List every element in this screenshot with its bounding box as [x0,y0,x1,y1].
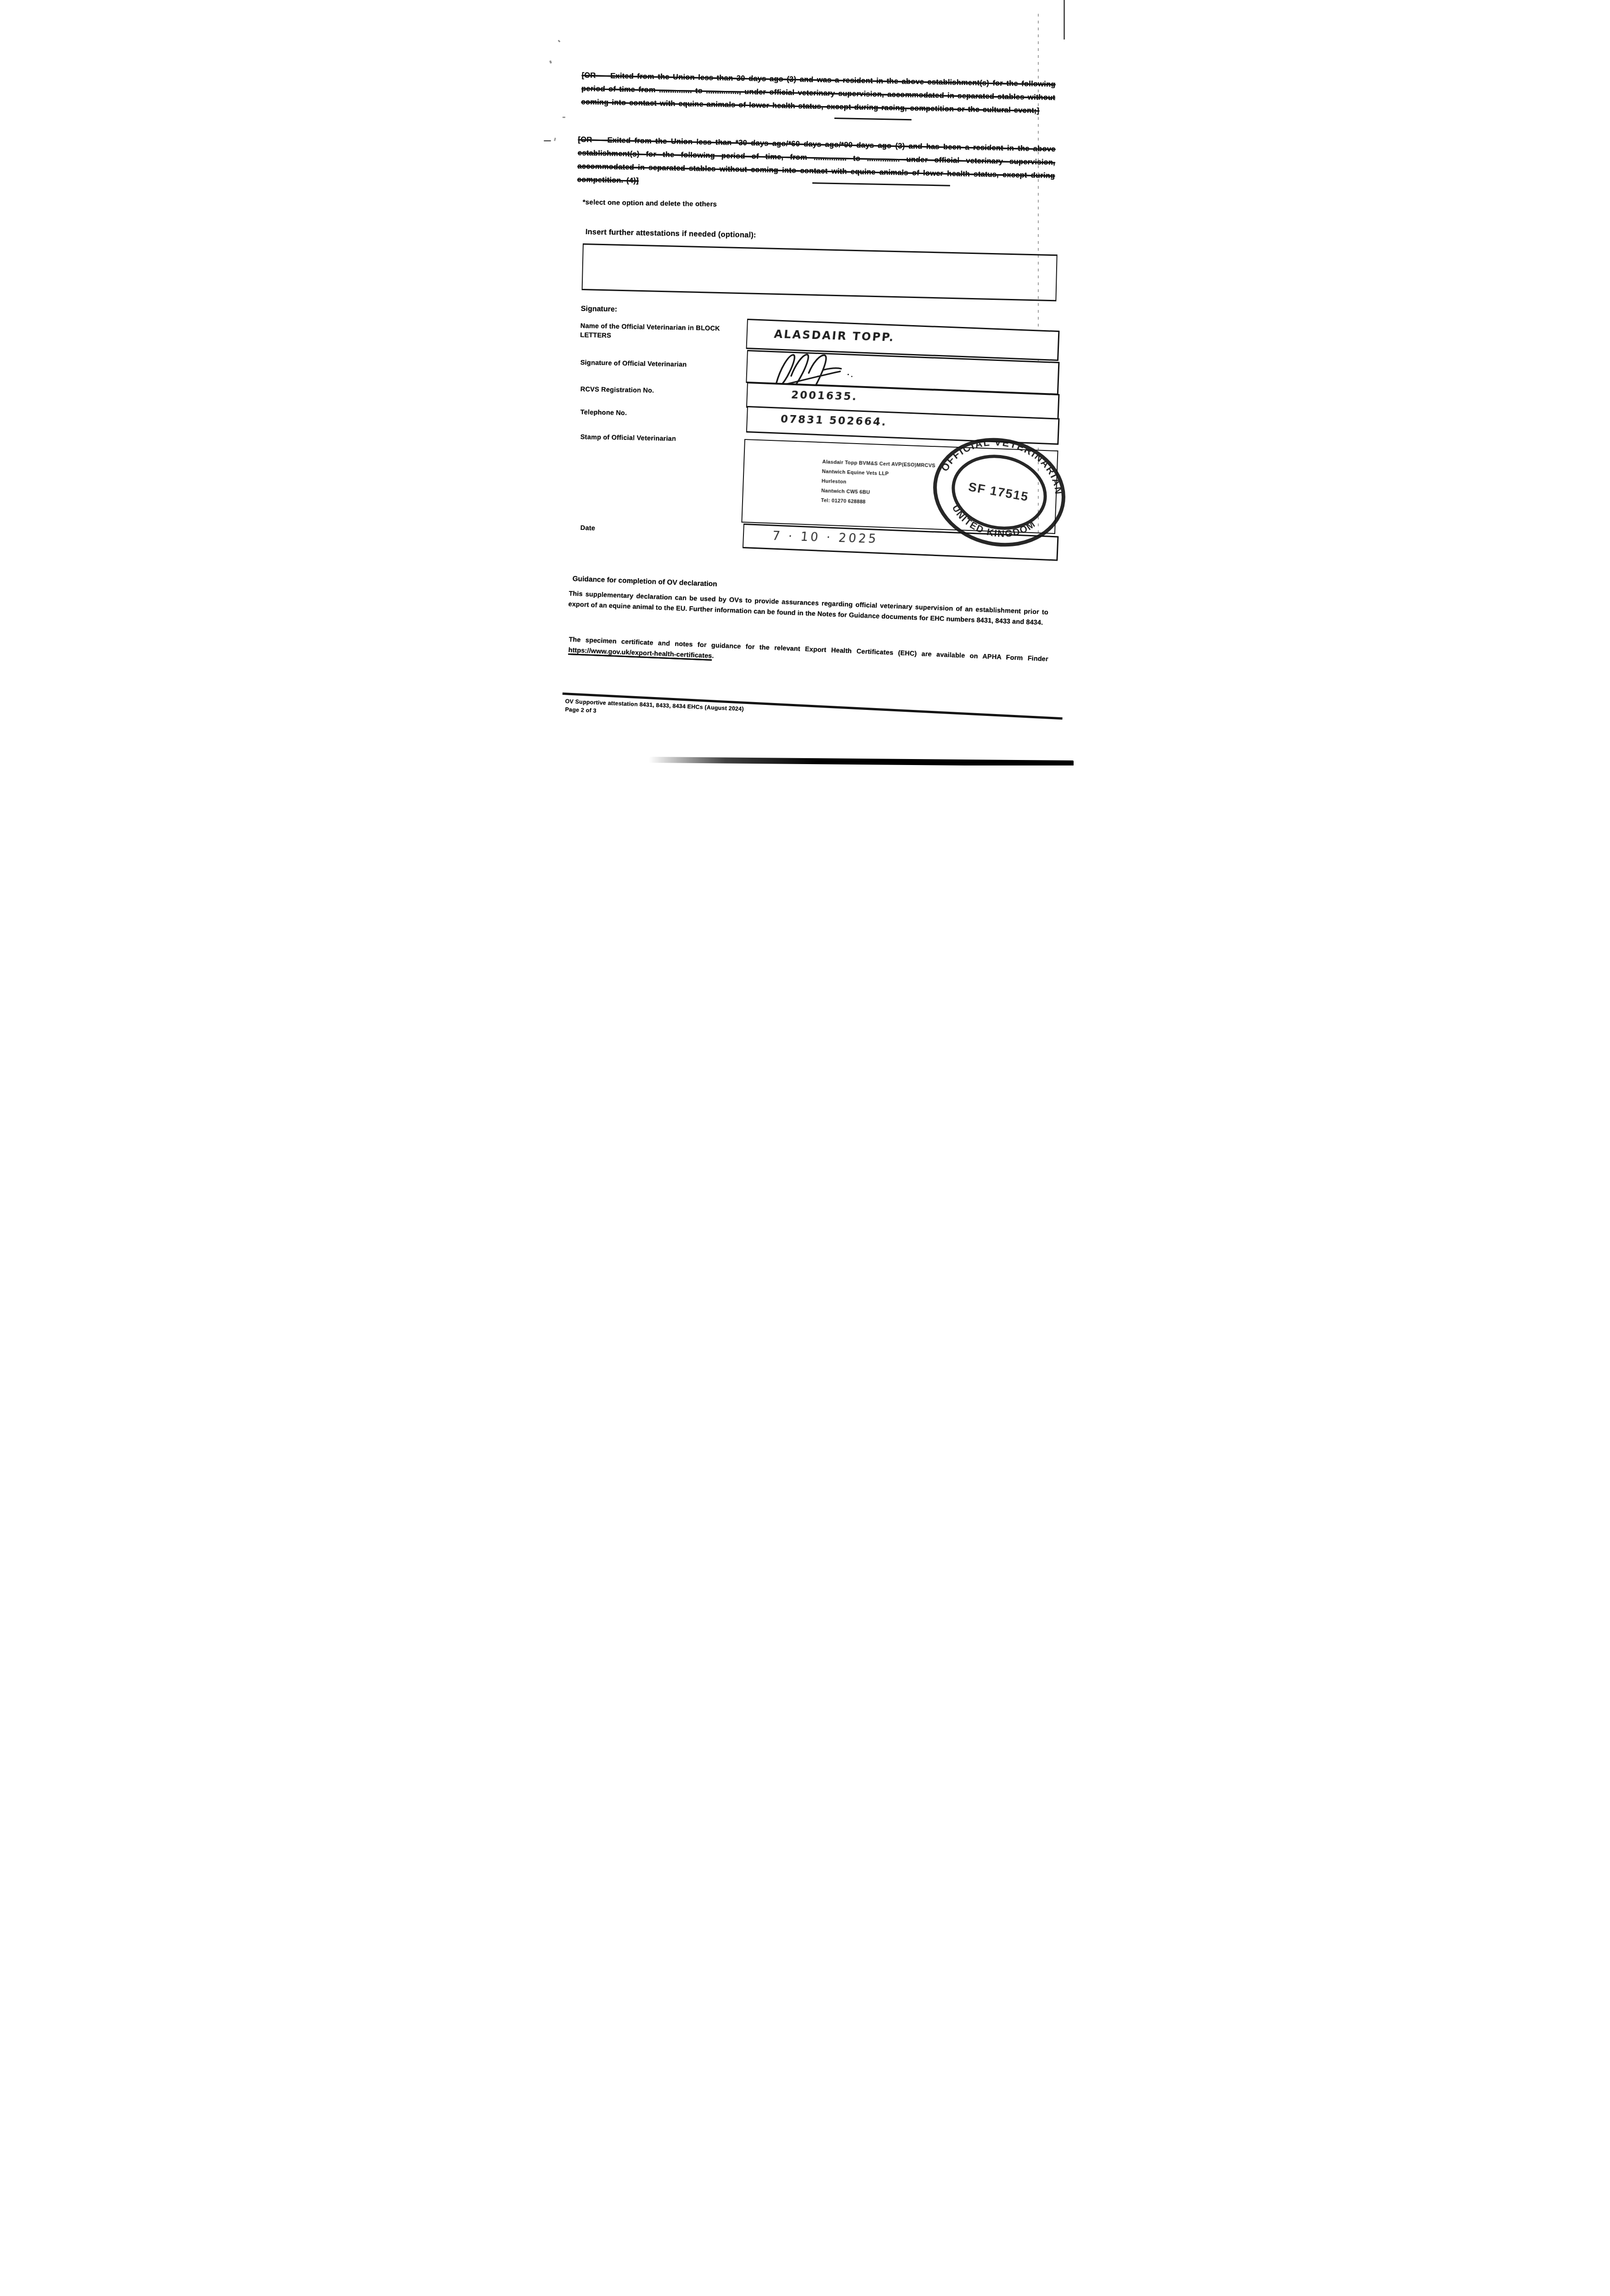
name-value: ALASDAIR TOPP. [773,328,895,344]
scan-page: [OR — Exited from the Union less than 30… [537,0,1074,765]
option-clause-1: [OR — Exited from the Union less than 30… [581,69,1055,118]
rcvs-label: RCVS Registration No. [580,385,738,397]
phone-label: Telephone No. [580,408,738,420]
option-clause-2-text: [OR — Exited from the Union less than *3… [577,135,1055,185]
phone-value: 07831 502664. [780,413,887,428]
stamp-number: SF 17515 [967,480,1030,504]
date-value: 7 · 10 · 2025 [771,529,878,546]
name-label: Name of the Official Veterinarian in BLO… [580,321,732,343]
scan-artifact [563,117,565,118]
guidance-heading: Guidance for completion of OV declaratio… [572,575,717,589]
footer-page-number: Page 2 of 3 [565,705,597,715]
stamp-label: Stamp of Official Veterinarian [580,433,738,445]
guidance-para-1: This supplementary declaration can be us… [568,589,1048,629]
stamp-address: Alasdair Topp BVM&S Cert AVP(ESO)MRCVS N… [821,457,935,510]
strike-extension [834,118,911,120]
attestations-box [581,243,1057,301]
date-label: Date [580,523,738,536]
ov-stamp: OFFICIAL VETERINARIAN UNITED KINGDOM SF … [928,433,1070,552]
guidance-para-2-period: . [712,653,714,660]
scan-artifact-right-edge [1064,0,1065,39]
signature-heading: Signature: [580,305,617,314]
scan-artifact [554,138,556,141]
scan-artifact [557,40,560,43]
guidance-para-2: The specimen certificate and notes for g… [568,635,1048,675]
option-clause-2: [OR — Exited from the Union less than *3… [577,133,1055,196]
scan-artifact [549,60,552,63]
bottom-scan-smudge [648,757,1073,765]
signature-label: Signature of Official Veterinarian [580,358,738,371]
rcvs-value: 2001635. [790,389,858,403]
option-clause-1-text: [OR — Exited from the Union less than 30… [581,71,1055,115]
clause-2-margin-dash: — [544,137,551,145]
ehc-link: https://www.gov.uk/export-health-certifi… [568,647,712,660]
select-note: *select one option and delete the others [582,198,716,208]
attestations-heading: Insert further attestations if needed (o… [585,228,756,240]
